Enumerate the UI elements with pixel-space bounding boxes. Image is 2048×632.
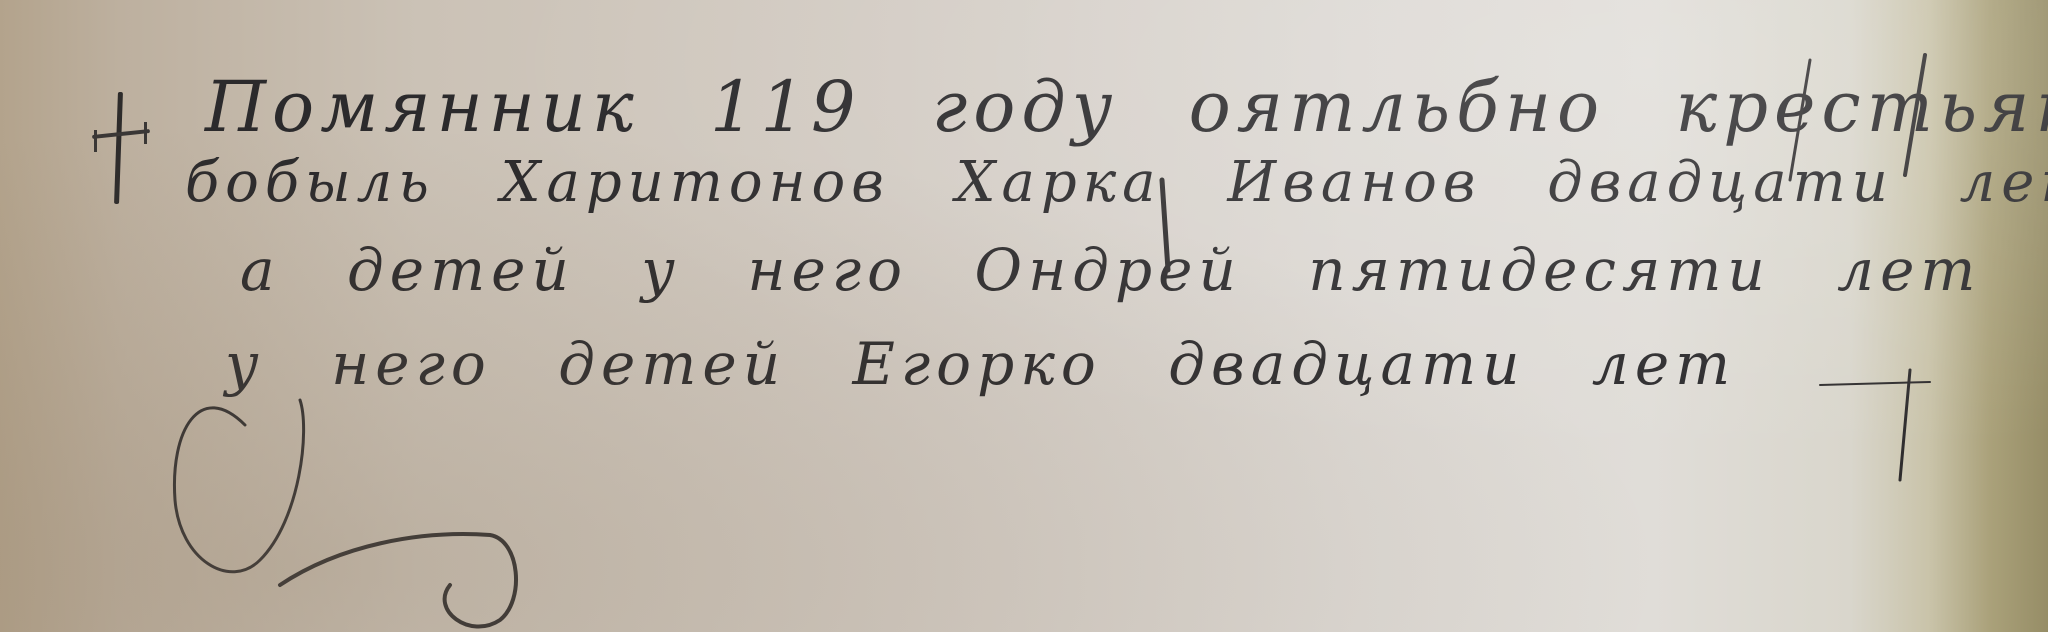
- word: него: [747, 236, 908, 304]
- word: него: [331, 330, 492, 398]
- word: Харитонов: [501, 150, 890, 215]
- word: детей: [347, 236, 575, 304]
- word: бобыль: [185, 150, 435, 215]
- word: Егорко: [853, 330, 1102, 398]
- word: двадцати: [1547, 150, 1894, 215]
- word: лет: [1837, 236, 1981, 304]
- year-number: 119: [710, 66, 862, 148]
- manuscript-line-3: а детей у него Ондрей пятидесяти лет: [240, 236, 2023, 304]
- word: Помянник: [205, 66, 640, 148]
- word: Ондрей: [975, 236, 1242, 304]
- word: двадцати: [1168, 330, 1525, 398]
- word: лет: [1592, 330, 1736, 398]
- word: Иванов: [1227, 150, 1481, 215]
- word: Харка: [956, 150, 1162, 215]
- manuscript-line-2: бобыль Харитонов Харка Иванов двадцати л…: [185, 150, 2048, 215]
- word: году: [932, 66, 1119, 148]
- word: а: [240, 236, 281, 304]
- word: крестьяне: [1675, 66, 2048, 148]
- word: у: [641, 236, 681, 304]
- word: детей: [558, 330, 786, 398]
- word: пятидесяти: [1308, 236, 1770, 304]
- manuscript-line-1: Помянник 119 году оятльбно крестьяне: [205, 66, 2048, 148]
- word: у: [225, 330, 265, 398]
- cross-icon: [92, 92, 152, 212]
- word: оятльбно: [1189, 66, 1606, 148]
- manuscript-line-4: у него детей Егорко двадцати лет: [225, 330, 1778, 398]
- word: лет: [1960, 150, 2048, 215]
- manuscript-page: Помянник 119 году оятльбно крестьяне боб…: [0, 0, 2048, 632]
